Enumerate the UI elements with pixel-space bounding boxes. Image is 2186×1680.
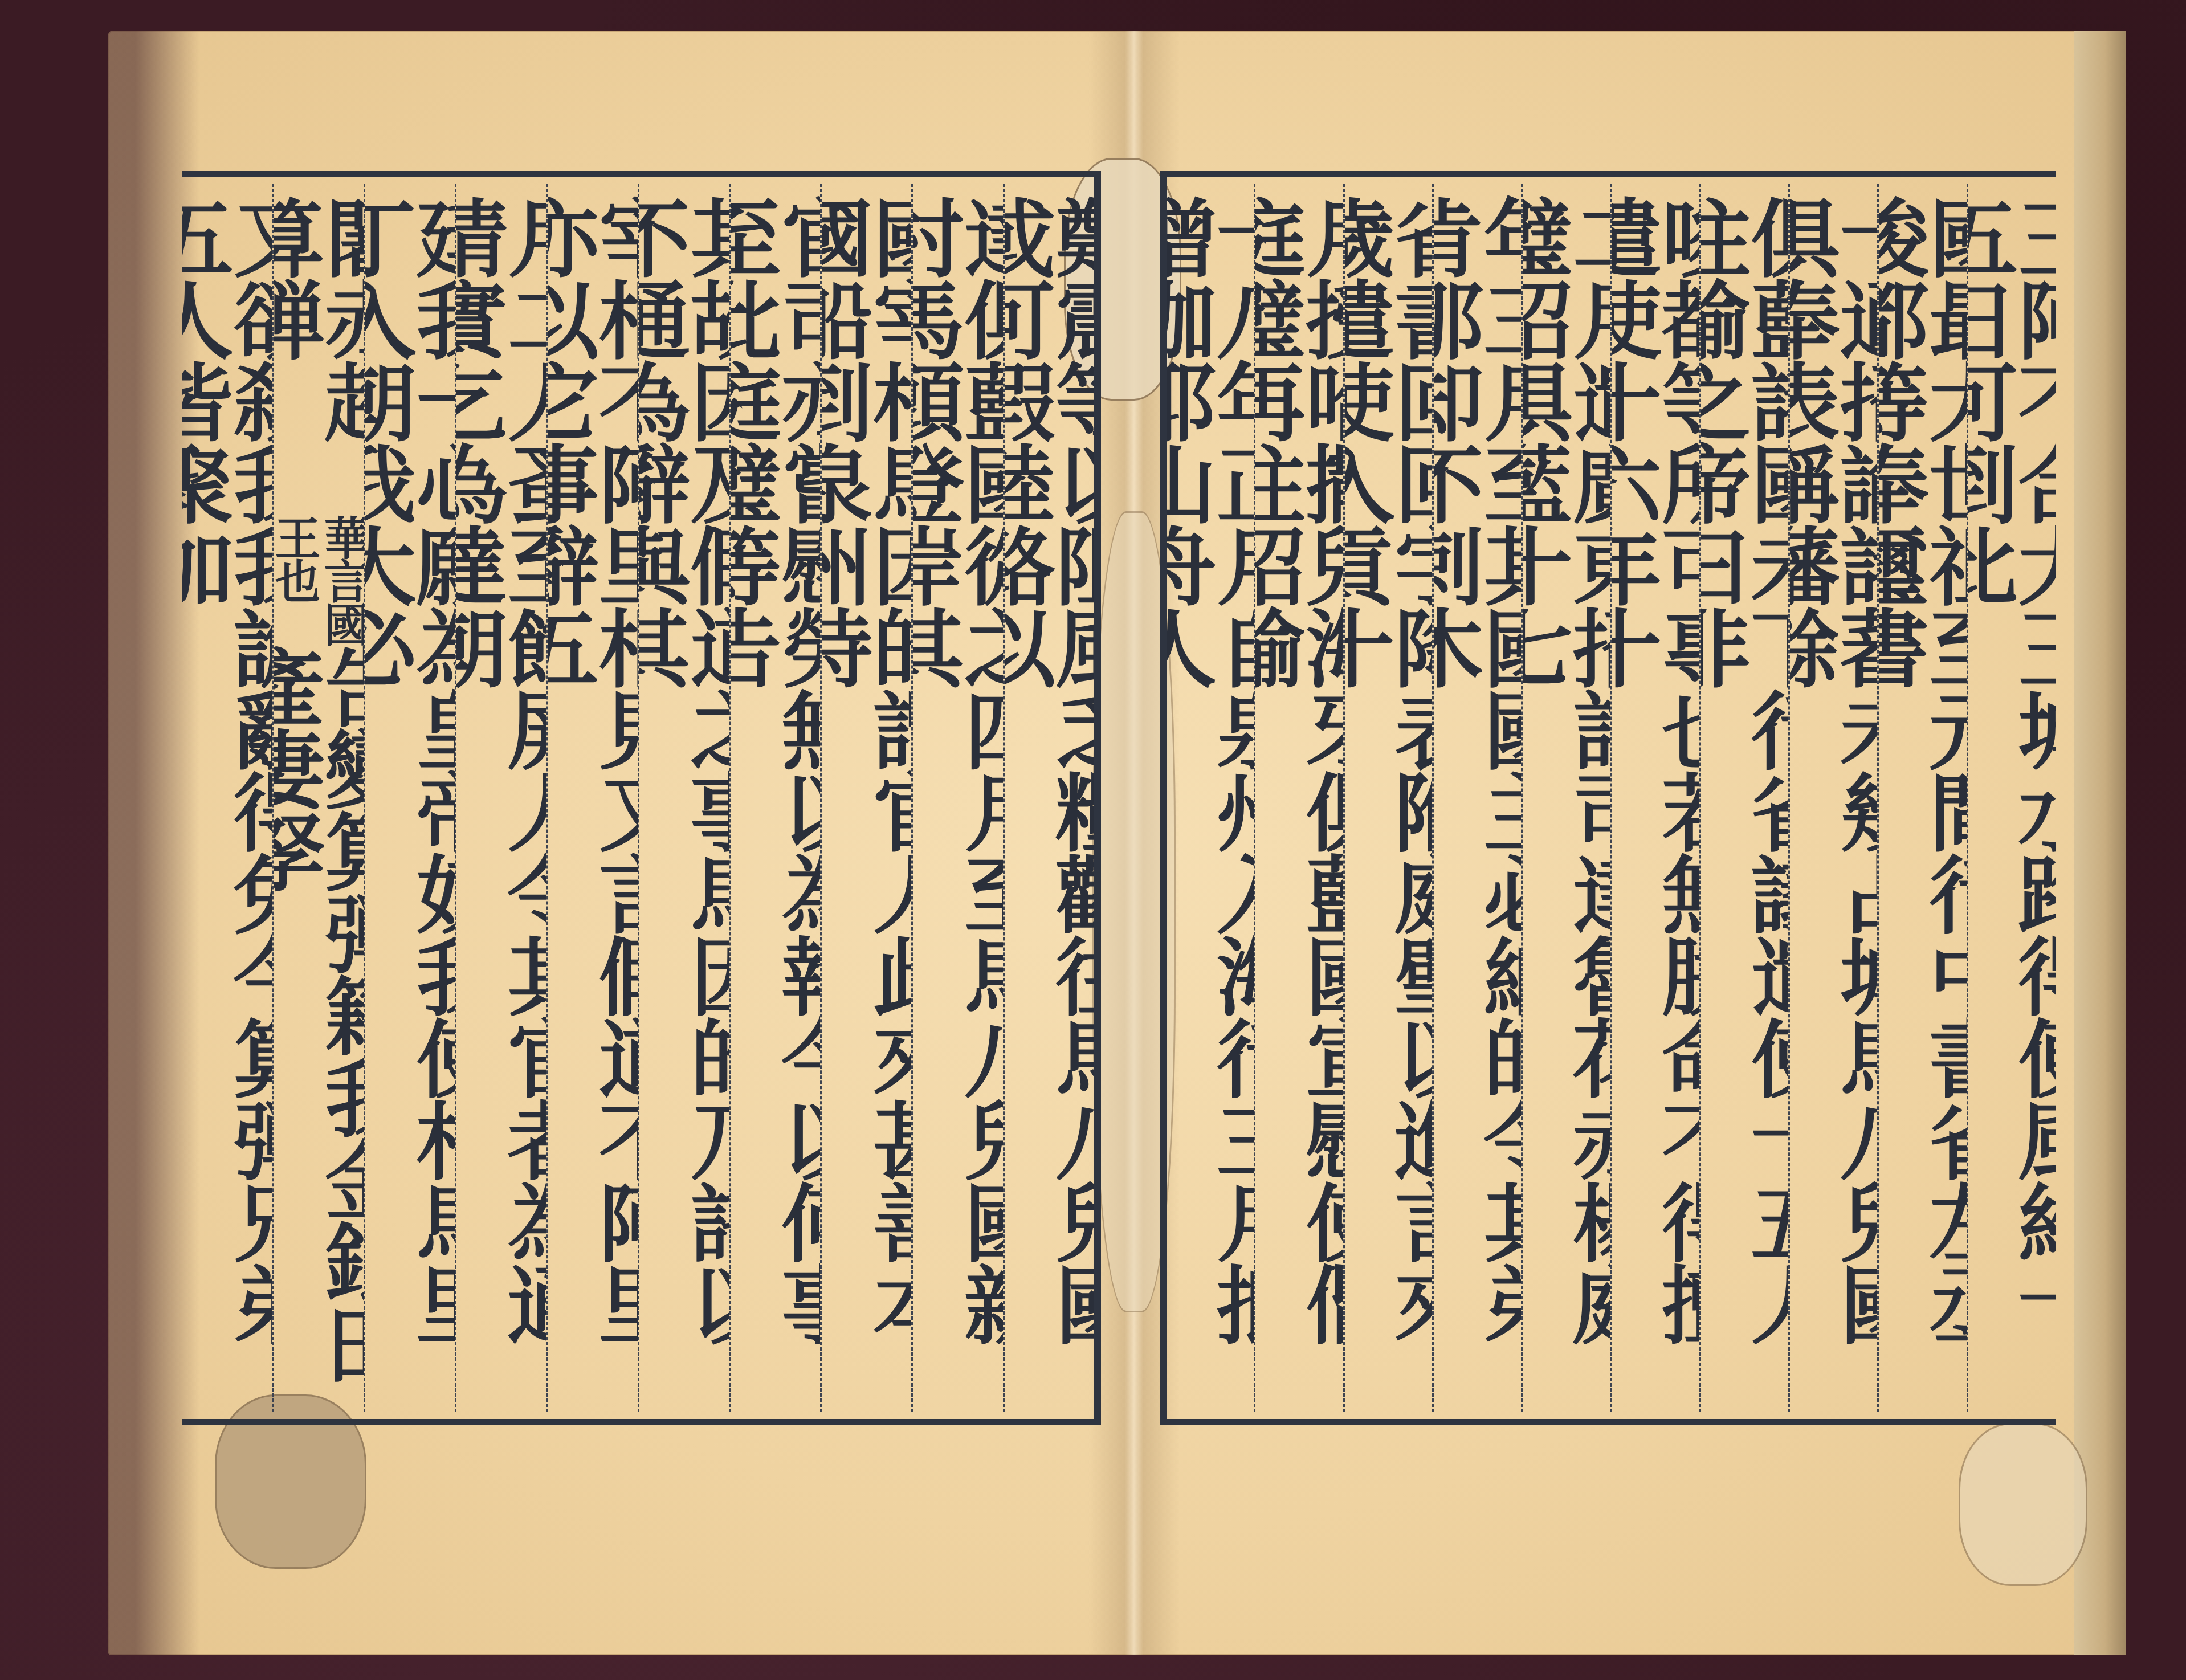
column-text: 其故因及假道之事馬因的乃託以不通為辭與其 (638, 195, 729, 1412)
column-text: 月授哈撒兒海牙俱藍國宣慰使偕庭璧再往招諭 (1254, 195, 1343, 1412)
column-text: 二月遣廣東招討司達魯花赤楊庭璧招俱藍十七 (1521, 195, 1610, 1412)
text-column: 王阿不合大王城水路得便風約十五日可到比 (1967, 184, 2056, 1412)
column-text: 王阿不合大王城水路得便風約十五日可到比 (1967, 195, 2056, 1412)
column-text: 十八年正月自泉州入海行三月抵僧伽耶山舟人 (1167, 195, 1254, 1412)
text-column: 十八年正月自泉州入海行三月抵僧伽耶山舟人 (1167, 184, 1254, 1412)
text-column: 國最大世祖至元間行中書省左丞唆都等奉璽書 (1877, 184, 1966, 1412)
column-text: 又欲殺我我詭辭得免今算弾兄弟五人皆聚加 (182, 195, 272, 1412)
worm-damage (1960, 1425, 2086, 1584)
column-text: 俱藍諸國未下行省議遣使十五人往諭之帝曰非 (1699, 195, 1788, 1412)
text-column-with-annotation: 闍赤赴算弾 華言國 王也 告變算弾籍我金銀田產妻孥 (272, 184, 363, 1412)
note-text-left: 王也 (272, 515, 317, 645)
text-column: 又欲殺我我詭辭得免今算弾兄弟五人皆聚加 (182, 184, 272, 1412)
text-column: 月授哈撒兒海牙俱藍國宣慰使偕庭璧再往招諭 (1254, 184, 1343, 1412)
interlinear-note: 華言國 王也 (272, 515, 363, 645)
text-column: 省書回回字降表附庭璧以進言來歲遣使入貢十 (1343, 184, 1432, 1412)
text-column: 國宰相馬因的謂官人此來甚善本國船到泉州時 (820, 184, 911, 1412)
note-text-right: 華言國 (320, 515, 364, 645)
column-text: 廷我一心願為皇帝奴我使札馬里丁入朝我大必 (364, 195, 455, 1412)
column-text: 達俱藍國從之四月至馬八兒國新村馬頭登岸其 (911, 195, 1002, 1412)
text-column: 鄭震等以阻風乏糧勸往馬八兒國或可假陸路以 (1003, 184, 1094, 1412)
page-stack-edge (2074, 31, 2126, 1655)
text-column: 俱藍諸國未下行省議遣使十五人往諭之帝曰非 (1699, 184, 1788, 1412)
text-column: 十通招諭諸蕃未幾占城馬八兒國俱奉表稱藩餘 (1788, 184, 1877, 1412)
text-column: 官司亦嘗慰勞無以為報今以何事至此庭璧等告 (729, 184, 820, 1412)
column-text: 官司亦嘗慰勞無以為報今以何事至此庭璧等告 (729, 195, 820, 1412)
text-column: 二月遣廣東招討司達魯花赤楊庭璧招俱藍十七 (1521, 184, 1610, 1412)
column-text: 宰相不阿里相見又言假道不阿里亦以它事辭五 (546, 195, 637, 1412)
column-text: 告變算弾籍我金銀田產妻孥 (272, 645, 363, 1412)
text-column: 廷我一心願為皇帝奴我使札馬里丁入朝我大必 (364, 184, 455, 1412)
column-text: 鄭震等以阻風乏糧勸往馬八兒國或可假陸路以 (1003, 195, 1094, 1412)
text-column: 唆都等所可專也若無朕命不得擅遣使十六年十 (1610, 184, 1699, 1412)
column-text: 省書回回字降表附庭璧以進言來歲遣使入貢十 (1343, 195, 1432, 1412)
text-column: 其故因及假道之事馬因的乃託以不通為辭與其 (638, 184, 729, 1412)
column-text: 十通招諭諸蕃未幾占城馬八兒國俱奉表稱藩餘 (1788, 195, 1877, 1412)
column-text: 月二人蚤至館屏人令其官者為通情實乞為達朝 (455, 195, 546, 1412)
column-text: 闍赤赴算弾 (272, 195, 363, 515)
column-text: 國最大世祖至元間行中書省左丞唆都等奉璽書 (1877, 195, 1966, 1412)
text-column: 達俱藍國從之四月至馬八兒國新村馬頭登岸其 (911, 184, 1002, 1412)
column-text: 唆都等所可專也若無朕命不得擅遣使十六年十 (1610, 195, 1699, 1412)
right-page: 王阿不合大王城水路得便風約十五日可到比 國最大世祖至元間行中書省左丞唆都等奉璽書… (1160, 171, 2056, 1425)
text-column: 宰相不阿里相見又言假道不阿里亦以它事辭五 (546, 184, 637, 1412)
left-page-columns: 鄭震等以阻風乏糧勸往馬八兒國或可假陸路以 達俱藍國從之四月至馬八兒國新村馬頭登岸… (182, 184, 1094, 1412)
left-page: 鄭震等以阻風乏糧勸往馬八兒國或可假陸路以 達俱藍國從之四月至馬八兒國新村馬頭登岸… (182, 171, 1101, 1425)
text-column: 月二人蚤至館屏人令其官者為通情實乞為達朝 (455, 184, 546, 1412)
column-text: 國宰相馬因的謂官人此來甚善本國船到泉州時 (820, 195, 911, 1412)
column-text: 年三月至其國國主必納的令其弟肯那却不剌木 (1432, 195, 1521, 1412)
right-page-columns: 王阿不合大王城水路得便風約十五日可到比 國最大世祖至元間行中書省左丞唆都等奉璽書… (1167, 184, 2056, 1412)
text-column: 年三月至其國國主必納的令其弟肯那却不剌木 (1432, 184, 1521, 1412)
